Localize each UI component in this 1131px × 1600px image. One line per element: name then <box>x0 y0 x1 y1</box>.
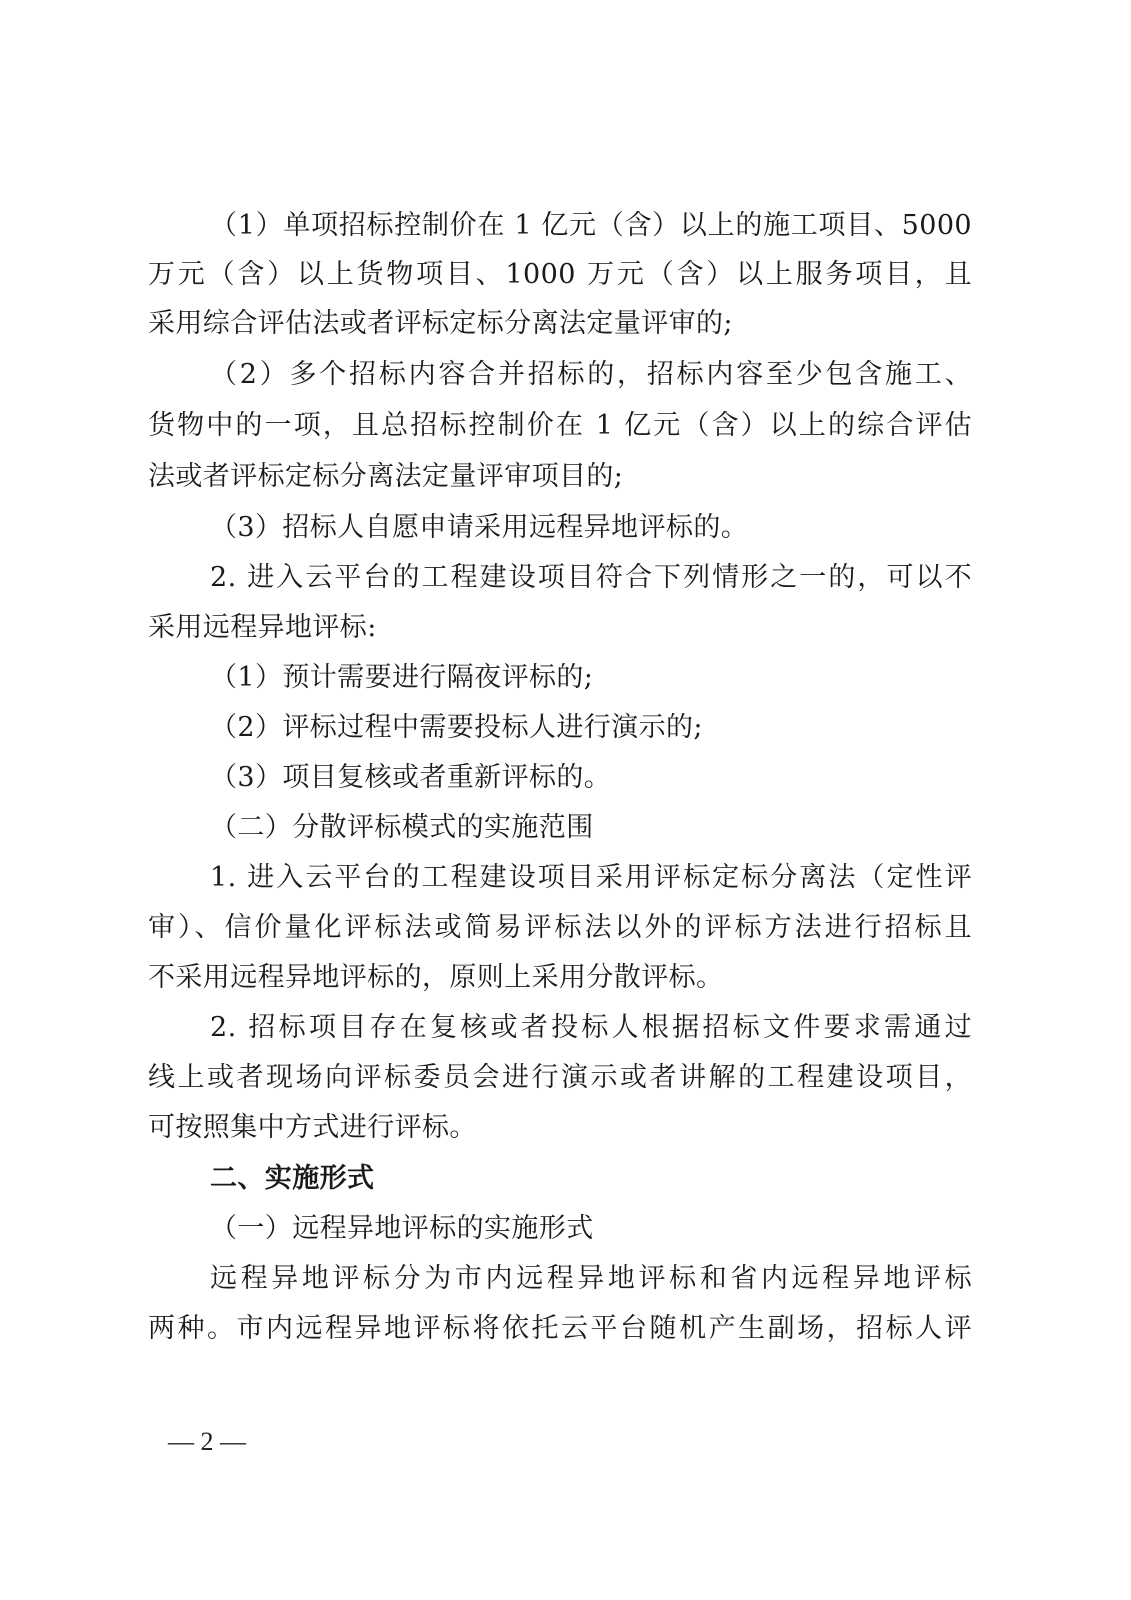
paragraph-line: 采用综合评估法或者评标定标分离法定量评审的; <box>148 299 972 349</box>
paragraph-line: 货物中的一项，且总招标控制价在 1 亿元（含）以上的综合评估 <box>148 401 972 451</box>
paragraph-line: 2. 招标项目存在复核或者投标人根据招标文件要求需通过 <box>210 1003 972 1053</box>
paragraph-line: 采用远程异地评标: <box>148 603 972 653</box>
paragraph-line: （2）评标过程中需要投标人进行演示的; <box>210 703 972 753</box>
paragraph-line: 线上或者现场向评标委员会进行演示或者讲解的工程建设项目， <box>148 1053 972 1103</box>
section-subheading: （一）远程异地评标的实施形式 <box>210 1204 972 1254</box>
page-number: — 2 — <box>168 1422 246 1462</box>
paragraph-line: （3）项目复核或者重新评标的。 <box>210 753 972 803</box>
paragraph-line: 远程异地评标分为市内远程异地评标和省内远程异地评标 <box>210 1254 972 1304</box>
paragraph-line: 两种。市内远程异地评标将依托云平台随机产生副场，招标人评 <box>148 1304 972 1354</box>
paragraph-line: 1. 进入云平台的工程建设项目采用评标定标分离法（定性评 <box>210 853 972 903</box>
paragraph-line: 2. 进入云平台的工程建设项目符合下列情形之一的，可以不 <box>210 553 972 603</box>
paragraph-line: （3）招标人自愿申请采用远程异地评标的。 <box>210 503 972 553</box>
section-heading: 二、实施形式 <box>210 1154 972 1204</box>
paragraph-line: 不采用远程异地评标的，原则上采用分散评标。 <box>148 953 972 1003</box>
paragraph-line: 可按照集中方式进行评标。 <box>148 1103 972 1153</box>
paragraph-line: （1）单项招标控制价在 1 亿元（含）以上的施工项目、5000 <box>210 201 972 251</box>
section-subheading: （二）分散评标模式的实施范围 <box>210 803 972 853</box>
paragraph-line: 万元（含）以上货物项目、1000 万元（含）以上服务项目，且 <box>148 250 972 300</box>
paragraph-line: （1）预计需要进行隔夜评标的; <box>210 653 972 703</box>
paragraph-line: 法或者评标定标分离法定量评审项目的; <box>148 452 972 502</box>
paragraph-line: （2）多个招标内容合并招标的，招标内容至少包含施工、 <box>210 350 972 400</box>
paragraph-line: 审）、信价量化评标法或简易评标法以外的评标方法进行招标且 <box>148 903 972 953</box>
